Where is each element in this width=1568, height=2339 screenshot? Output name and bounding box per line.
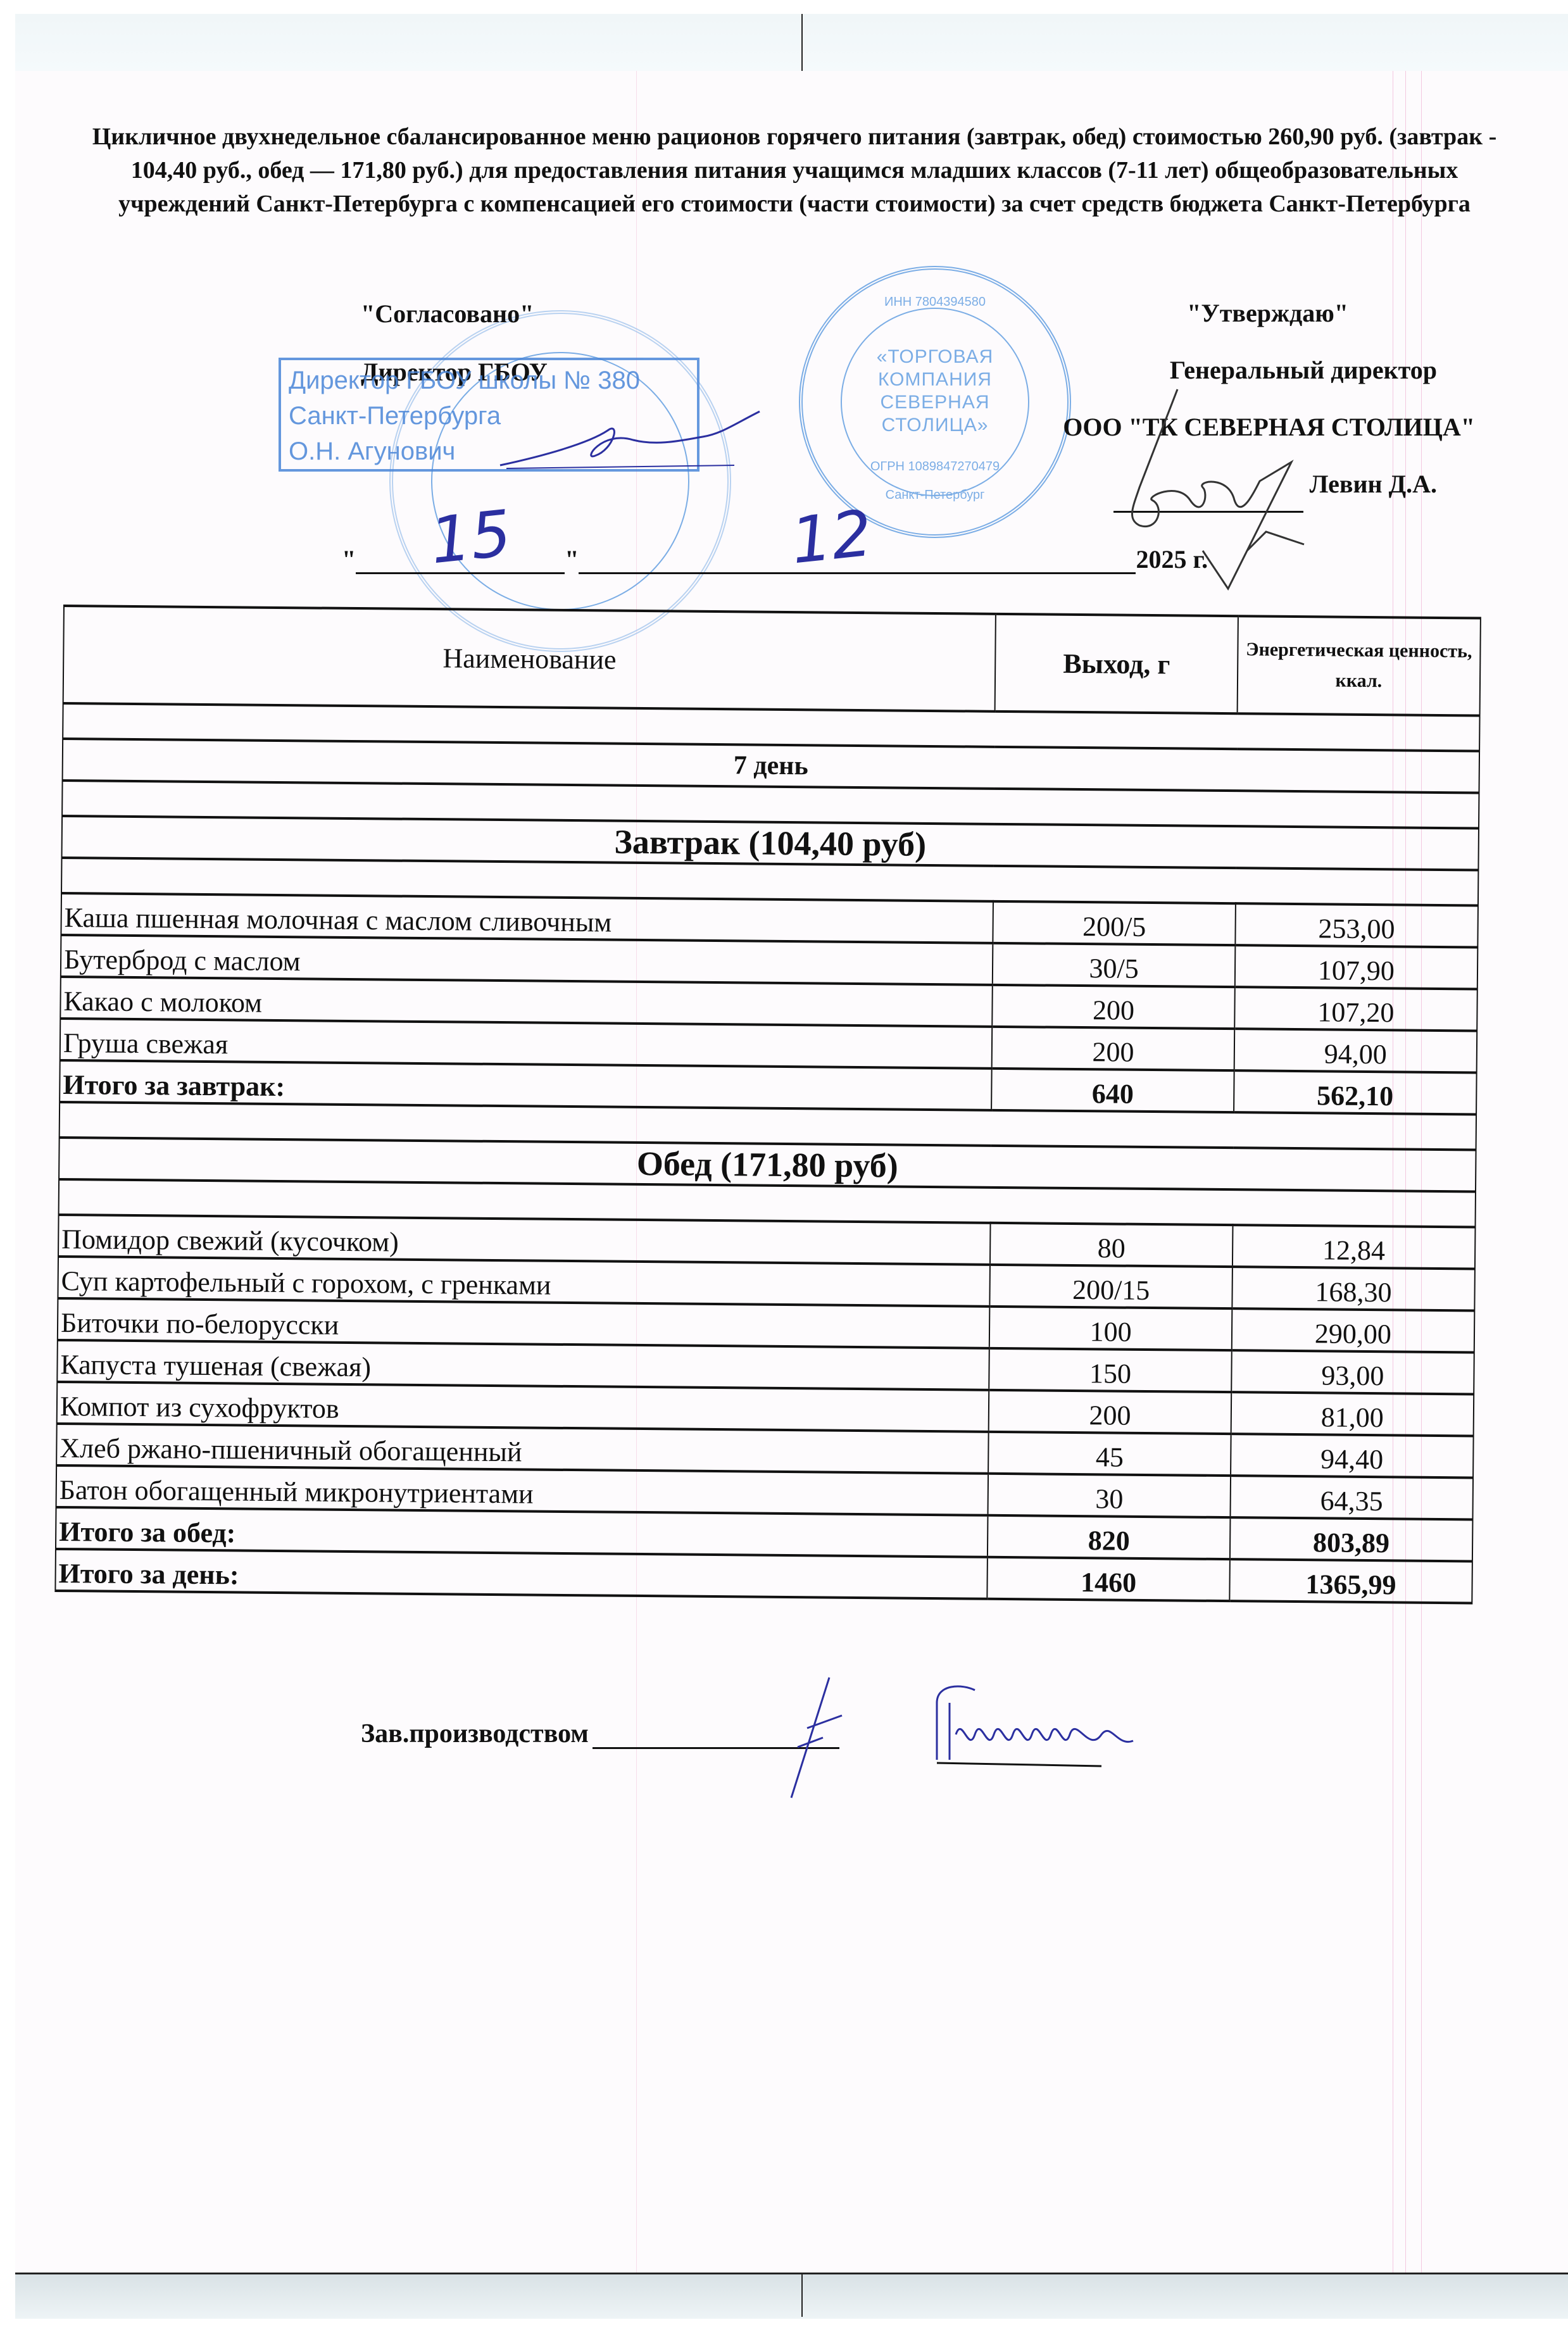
total-yield: 640 xyxy=(992,1069,1234,1112)
total-energy: 1365,99 xyxy=(1229,1559,1472,1603)
dish-yield: 200 xyxy=(992,1027,1234,1070)
dish-energy: 94,00 xyxy=(1234,1029,1477,1072)
dish-yield: 200 xyxy=(993,985,1235,1029)
dish-yield: 100 xyxy=(989,1307,1232,1350)
dish-energy: 81,00 xyxy=(1231,1392,1474,1436)
approval-left-heading: "Согласовано" xyxy=(361,285,548,343)
approval-right-heading: "Утверждаю" xyxy=(1019,285,1475,342)
director-signature xyxy=(494,405,779,481)
dish-energy: 94,40 xyxy=(1231,1434,1474,1477)
dish-yield: 200/15 xyxy=(990,1265,1232,1308)
stamp-line: Директор ГБОУ школы № 380 xyxy=(289,363,689,398)
dish-energy: 107,20 xyxy=(1234,987,1477,1031)
document-title: Цикличное двухнедельное сбалансированное… xyxy=(76,120,1513,221)
production-manager-label: Зав.производством xyxy=(361,1719,589,1748)
dish-energy: 168,30 xyxy=(1232,1267,1475,1310)
total-energy: 803,89 xyxy=(1230,1517,1473,1561)
dish-yield: 200/5 xyxy=(993,901,1236,945)
total-energy: 562,10 xyxy=(1234,1070,1477,1114)
dish-energy: 64,35 xyxy=(1230,1476,1473,1519)
dish-energy: 107,90 xyxy=(1235,945,1478,989)
menu-table: Наименование Выход, г Энергетическая цен… xyxy=(54,605,1481,1604)
dish-yield: 30/5 xyxy=(993,943,1235,987)
total-label: Итого за день: xyxy=(55,1549,988,1599)
dish-yield: 200 xyxy=(989,1390,1231,1434)
scan-fold-mark xyxy=(801,14,803,71)
scan-fold-mark xyxy=(801,2273,803,2317)
handwritten-month: 12 xyxy=(787,496,875,579)
header-name: Наименование xyxy=(63,606,996,712)
header-yield: Выход, г xyxy=(995,614,1238,713)
handwritten-day: 15 xyxy=(427,496,515,579)
table-header-row: Наименование Выход, г Энергетическая цен… xyxy=(63,606,1481,716)
dish-yield: 45 xyxy=(989,1432,1231,1476)
dish-energy: 93,00 xyxy=(1231,1350,1474,1394)
dish-energy: 253,00 xyxy=(1235,903,1478,947)
scan-margin-bottom xyxy=(15,2273,1568,2319)
dish-yield: 30 xyxy=(988,1474,1231,1517)
header-energy: Энергетическая ценность, ккал. xyxy=(1237,616,1481,715)
dish-yield: 150 xyxy=(989,1348,1232,1392)
approval-right-signer: Левин Д.А. xyxy=(1310,470,1437,498)
date-year: 2025 г. xyxy=(1136,545,1208,574)
production-manager-signature xyxy=(747,1677,1203,1804)
dish-yield: 80 xyxy=(990,1223,1232,1267)
total-yield: 820 xyxy=(988,1515,1230,1559)
scan-margin-top xyxy=(15,14,1568,72)
dish-energy: 12,84 xyxy=(1232,1225,1476,1269)
total-yield: 1460 xyxy=(988,1557,1230,1601)
dish-energy: 290,00 xyxy=(1232,1308,1475,1352)
